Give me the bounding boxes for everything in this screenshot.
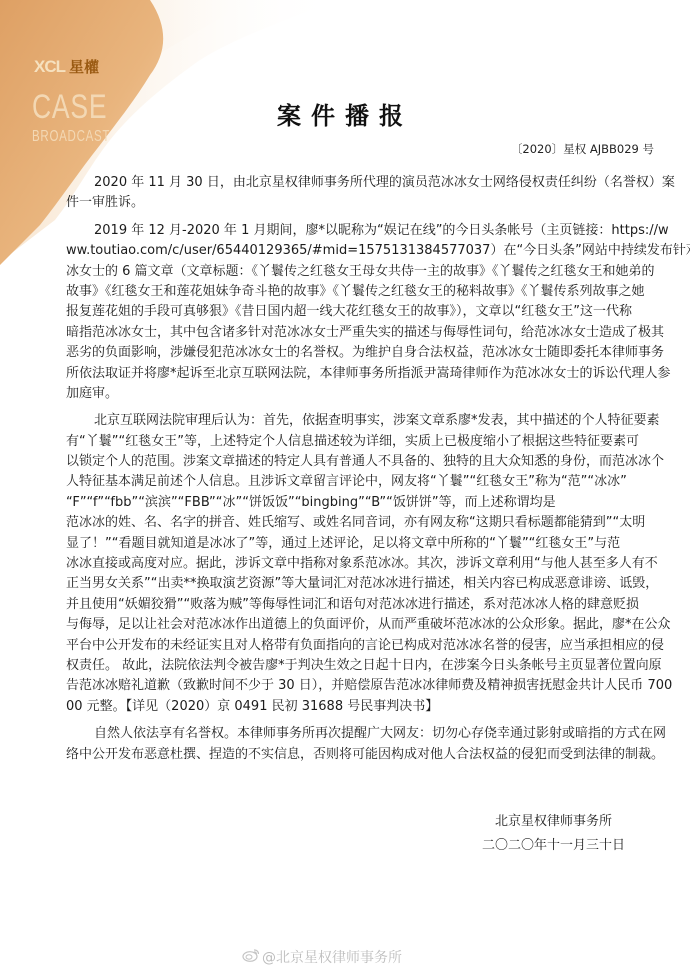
text-line: 件一审胜诉。 <box>66 193 666 213</box>
text-line: 正当男女关系”“出卖**换取演艺资源”等大量词汇对范冰冰进行描述，相关内容已构成… <box>66 574 666 594</box>
text-line: 络中公开发布恶意杜撰、捏造的不实信息，否则将可能因构成对他人合法权益的侵犯而受到… <box>66 745 666 765</box>
text-line: 所依法取证并将廖*起诉至北京互联网法院，本律师事务所指派尹嵩琦律师作为范冰冰女士… <box>66 364 666 384</box>
text-line: 冰女士的 6 篇文章（文章标题：《丫鬟传之红毯女王母女共侍一主的故事》《丫鬟传之… <box>66 262 666 282</box>
signature-block: 北京星权律师事务所 二〇二〇年十一月三十日 <box>482 810 625 858</box>
text-line: 00 元整。【详见（2020）京 0491 民初 31688 号民事判决书】 <box>66 697 666 717</box>
text-line: ww.toutiao.com/c/user/65440129365/#mid=1… <box>66 241 666 261</box>
paragraph-1: 2020 年 11 月 30 日，由北京星权律师事务所代理的演员范冰冰女士网络侵… <box>66 173 666 214</box>
text-line: 平台中公开发布的未经证实且对人格带有负面指向的言论已构成对范冰冰名誉的侵害，应当… <box>66 636 666 656</box>
logo-mark: XCL <box>34 57 65 77</box>
text-line: 故事》《红毯女王和莲花姐妹争奇斗艳的故事》《丫鬟传之红毯女王的秘料故事》《丫鬟传… <box>66 282 666 302</box>
text-line: 权责任。 故此，法院依法判令被告廖*于判决生效之日起十日内，在涉案今日头条帐号主… <box>66 656 666 676</box>
weibo-icon <box>242 948 260 966</box>
firm-logo: XCL 星權 <box>34 56 99 77</box>
text-line: 人特征基本满足前述个人信息。且涉诉文章留言评论中，网友将“丫鬟”“红毯女王”称为… <box>66 472 666 492</box>
signature-date: 二〇二〇年十一月三十日 <box>482 834 625 858</box>
text-line: 报复莲花姐的手段可真够狠》《昔日国内超一线大花红毯女王的故事》），文章以“红毯女… <box>66 302 666 322</box>
text-line: 加庭审。 <box>66 384 666 404</box>
text-line: 暗指范冰冰女士，其中包含诸多针对范冰冰女士严重失实的描述与侮辱性词句，给范冰冰女… <box>66 323 666 343</box>
logo-chinese-name: 星權 <box>69 56 99 77</box>
text-line: 以锁定个人的范围。涉案文章描述的特定人具有普通人不具备的、独特的且大众知悉的身份… <box>66 452 666 472</box>
text-line: 与侮辱，足以让社会对范冰冰作出道德上的负面评价，从而严重破坏范冰冰的公众形象。据… <box>66 615 666 635</box>
document-body: 2020 年 11 月 30 日，由北京星权律师事务所代理的演员范冰冰女士网络侵… <box>66 173 666 765</box>
signature-firm: 北京星权律师事务所 <box>482 810 625 834</box>
text-line: 2019 年 12 月-2020 年 1 月期间，廖*以昵称为“娱记在线”的今日… <box>66 221 666 241</box>
reference-number: 〔2020〕星权 AJBB029 号 <box>511 141 654 157</box>
paragraph-4: 自然人依法享有名誉权。本律师事务所再次提醒广大网友：切勿心存侥幸通过影射或暗指的… <box>66 724 666 765</box>
watermark-text: @北京星权律师事务所 <box>262 947 402 967</box>
text-line: 恶劣的负面影响，涉嫌侵犯范冰冰女士的名誉权。为维护自身合法权益，范冰冰女士随即委… <box>66 343 666 363</box>
text-line: 并且使用“妖媚狡猾”“败落为贼”等侮辱性词汇和语句对范冰冰进行描述，系对范冰冰人… <box>66 595 666 615</box>
text-line: 告范冰冰赔礼道歉（致歉时间不少于 30 日），并赔偿原告范冰冰律师费及精神损害抚… <box>66 676 666 696</box>
text-line: 有“丫鬟”“红毯女王”等，上述特定个人信息描述较为详细，实质上已极度缩小了根据这… <box>66 432 666 452</box>
document-title: 案件播报 <box>0 96 690 131</box>
text-line: 自然人依法享有名誉权。本律师事务所再次提醒广大网友：切勿心存侥幸通过影射或暗指的… <box>66 724 666 744</box>
text-line: 北京互联网法院审理后认为：首先，依据查明事实，涉案文章系廖*发表，其中描述的个人… <box>66 411 666 431</box>
weibo-watermark: @北京星权律师事务所 <box>242 947 402 967</box>
text-line: 显了！”“看题目就知道是冰冰了”等，通过上述评论，足以将文章中所称的“丫鬟”“红… <box>66 534 666 554</box>
text-line: 范冰冰的姓、名、名字的拼音、姓氏缩写、或姓名同音词，亦有网友称“这期只看标题都能… <box>66 513 666 533</box>
text-line: 2020 年 11 月 30 日，由北京星权律师事务所代理的演员范冰冰女士网络侵… <box>66 173 666 193</box>
text-line: 冰冰直接或高度对应。据此，涉诉文章中指称对象系范冰冰。其次，涉诉文章利用“与他人… <box>66 554 666 574</box>
paragraph-3: 北京互联网法院审理后认为：首先，依据查明事实，涉案文章系廖*发表，其中描述的个人… <box>66 411 666 717</box>
text-line: “F”“f”“fbb”“滨滨”“FBB”“冰”“饼饭饭”“bingbing”“B… <box>66 493 666 513</box>
paragraph-2: 2019 年 12 月-2020 年 1 月期间，廖*以昵称为“娱记在线”的今日… <box>66 221 666 405</box>
